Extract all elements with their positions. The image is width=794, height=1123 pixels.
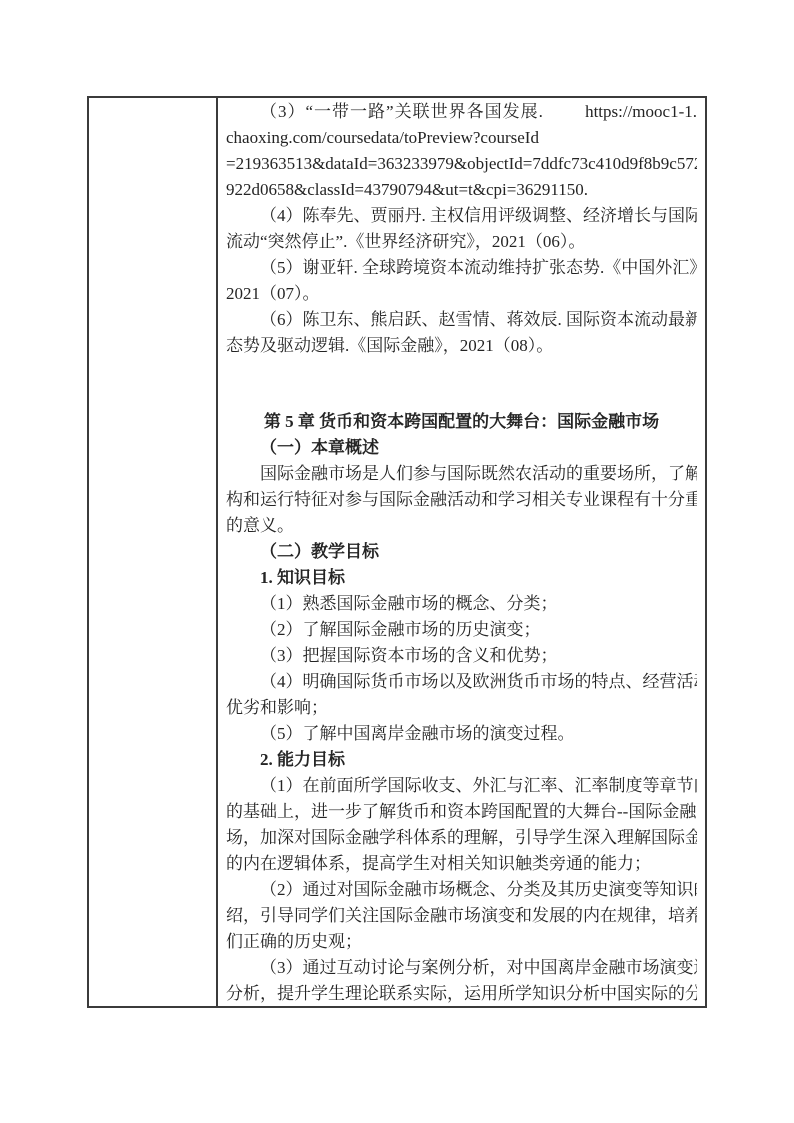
reference-line: chaoxing.com/coursedata/toPreview?course… — [226, 125, 697, 151]
subsection-heading: 1. 知识目标 — [226, 565, 697, 591]
section-heading: （二）教学目标 — [226, 539, 697, 565]
reference-line: 态势及驱动逻辑.《国际金融》，2021（08）。 — [226, 333, 697, 359]
table-content-cell: （3）“一带一路”关联世界各国发展.https://mooc1-1.chaoxi… — [218, 98, 705, 1006]
reference-line: （6）陈卫东、熊启跃、赵雪情、蒋效辰. 国际资本流动最新发展 — [226, 307, 697, 333]
table-left-cell — [89, 98, 218, 1006]
body-line: 场，加深对国际金融学科体系的理解，引导学生深入理解国际金融学 — [226, 825, 697, 851]
subsection-heading: 2. 能力目标 — [226, 747, 697, 773]
reference-line: 流动“突然停止”.《世界经济研究》，2021（06）。 — [226, 229, 697, 255]
body-line: （2）通过对国际金融市场概念、分类及其历史演变等知识的介 — [226, 877, 697, 903]
body-line: 构和运行特征对参与国际金融活动和学习相关专业课程有十分重要 — [226, 487, 697, 513]
body-line: 绍，引导同学们关注国际金融市场演变和发展的内在规律，培养学生 — [226, 903, 697, 929]
body-line: （3）通过互动讨论与案例分析，对中国离岸金融市场演变进行 — [226, 955, 697, 981]
syllabus-table: （3）“一带一路”关联世界各国发展.https://mooc1-1.chaoxi… — [87, 96, 707, 1008]
body-line: （3）把握国际资本市场的含义和优势； — [226, 643, 697, 669]
body-line: 们正确的历史观； — [226, 929, 697, 955]
body-line: 的意义。 — [226, 513, 697, 539]
blank-gap — [226, 359, 697, 409]
reference-url: https://mooc1-1. — [579, 99, 697, 125]
body-line: （5）了解中国离岸金融市场的演变过程。 — [226, 721, 697, 747]
body-line: 优劣和影响； — [226, 695, 697, 721]
reference-line: 2021（07）。 — [226, 281, 697, 307]
body-line: 的内在逻辑体系，提高学生对相关知识触类旁通的能力； — [226, 851, 697, 877]
reference-line: （3）“一带一路”关联世界各国发展.https://mooc1-1. — [226, 99, 697, 125]
reference-line: 922d0658&classId=43790794&ut=t&cpi=36291… — [226, 177, 697, 203]
body-line: 的基础上，进一步了解货币和资本跨国配置的大舞台--国际金融市 — [226, 799, 697, 825]
body-line: （1）在前面所学国际收支、外汇与汇率、汇率制度等章节内容 — [226, 773, 697, 799]
document-page: （3）“一带一路”关联世界各国发展.https://mooc1-1.chaoxi… — [0, 0, 794, 1123]
reference-line: （5）谢亚轩. 全球跨境资本流动维持扩张态势.《中国外汇》， — [226, 255, 697, 281]
body-line: 国际金融市场是人们参与国际既然农活动的重要场所，了解其结 — [226, 461, 697, 487]
reference-line: =219363513&dataId=363233979&objectId=7dd… — [226, 151, 697, 177]
body-line: （4）明确国际货币市场以及欧洲货币市场的特点、经营活动、 — [226, 669, 697, 695]
body-line: 分析，提升学生理论联系实际，运用所学知识分析中国实际的分析能 — [226, 981, 697, 1006]
section-heading: （一）本章概述 — [226, 435, 697, 461]
reference-text: （3）“一带一路”关联世界各国发展. — [226, 99, 544, 125]
reference-line: （4）陈奉先、贾丽丹. 主权信用评级调整、经济增长与国际资本 — [226, 203, 697, 229]
body-line: （1）熟悉国际金融市场的概念、分类； — [226, 591, 697, 617]
chapter-title: 第 5 章 货币和资本跨国配置的大舞台：国际金融市场 — [226, 409, 697, 435]
body-line: （2）了解国际金融市场的历史演变； — [226, 617, 697, 643]
